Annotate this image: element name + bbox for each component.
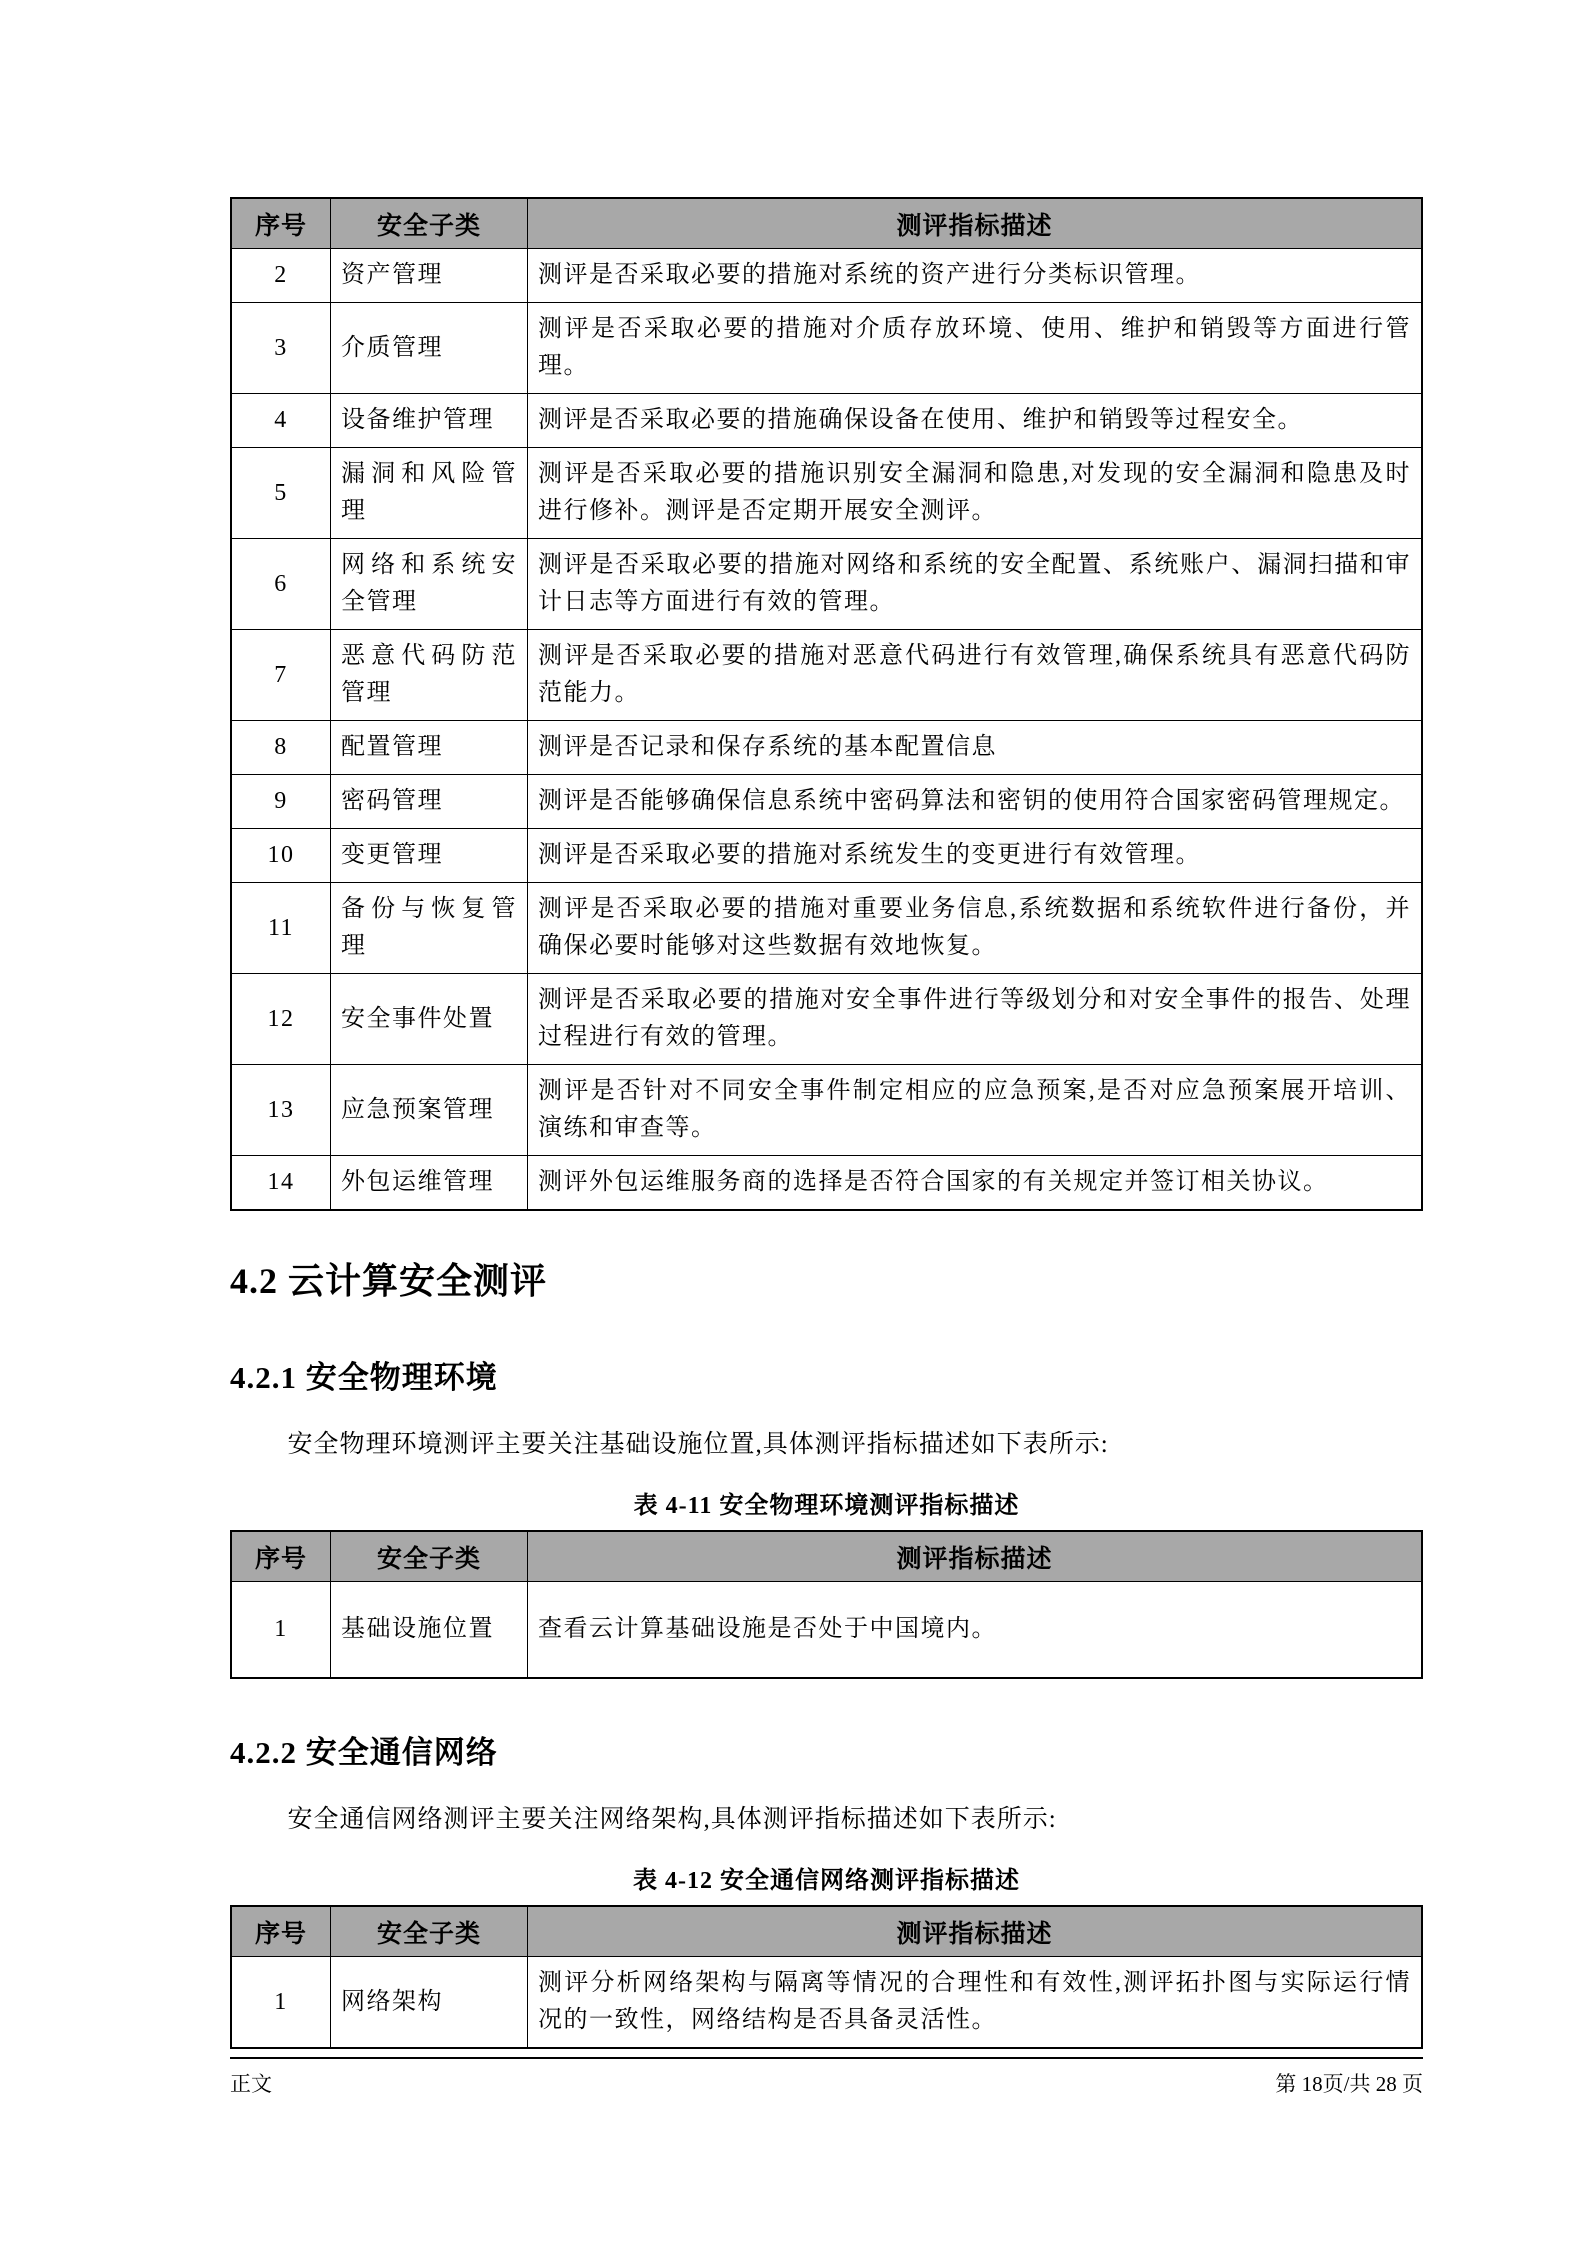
column-header-subclass: 安全子类	[331, 1531, 528, 1582]
table-row: 9密码管理测评是否能够确保信息系统中密码算法和密钥的使用符合国家密码管理规定。	[231, 775, 1422, 829]
indicator-description-cell: 测评是否记录和保存系统的基本配置信息	[528, 721, 1423, 775]
row-number: 5	[231, 448, 331, 539]
table-4-11-caption: 表 4-11 安全物理环境测评指标描述	[230, 1485, 1423, 1520]
table-row: 4设备维护管理测评是否采取必要的措施确保设备在使用、维护和销毁等过程安全。	[231, 394, 1422, 448]
indicator-description-cell: 测评是否能够确保信息系统中密码算法和密钥的使用符合国家密码管理规定。	[528, 775, 1423, 829]
table-row: 7恶意代码防范管理测评是否采取必要的措施对恶意代码进行有效管理,确保系统具有恶意…	[231, 630, 1422, 721]
indicator-description-cell: 测评是否采取必要的措施对系统的资产进行分类标识管理。	[528, 249, 1423, 303]
row-number: 10	[231, 829, 331, 883]
security-subclass-cell: 设备维护管理	[331, 394, 528, 448]
row-number: 7	[231, 630, 331, 721]
row-number: 4	[231, 394, 331, 448]
security-subclass-cell: 资产管理	[331, 249, 528, 303]
row-number: 9	[231, 775, 331, 829]
row-number: 3	[231, 303, 331, 394]
management-eval-table: 序号 安全子类 测评指标描述 2资产管理测评是否采取必要的措施对系统的资产进行分…	[230, 197, 1423, 1211]
section-4-2-heading: 4.2 云计算安全测评	[230, 1253, 1423, 1304]
row-number: 6	[231, 539, 331, 630]
table-header-row: 序号 安全子类 测评指标描述	[231, 1906, 1422, 1957]
table-row: 6网络和系统安全管理测评是否采取必要的措施对网络和系统的安全配置、系统账户、漏洞…	[231, 539, 1422, 630]
indicator-description-cell: 测评是否采取必要的措施对重要业务信息,系统数据和系统软件进行备份，并确保必要时能…	[528, 883, 1423, 974]
security-subclass-cell: 配置管理	[331, 721, 528, 775]
table-header-row: 序号 安全子类 测评指标描述	[231, 1531, 1422, 1582]
table-row: 11备份与恢复管理测评是否采取必要的措施对重要业务信息,系统数据和系统软件进行备…	[231, 883, 1422, 974]
security-subclass-cell: 密码管理	[331, 775, 528, 829]
row-number: 1	[231, 1957, 331, 2049]
indicator-description-cell: 测评外包运维服务商的选择是否符合国家的有关规定并签订相关协议。	[528, 1156, 1423, 1211]
row-number: 13	[231, 1065, 331, 1156]
row-number: 2	[231, 249, 331, 303]
comm-network-paragraph: 安全通信网络测评主要关注网络架构,具体测评指标描述如下表所示:	[230, 1802, 1423, 1838]
comm-network-table: 序号 安全子类 测评指标描述 1网络架构测评分析网络架构与隔离等情况的合理性和有…	[230, 1905, 1423, 2049]
column-header-subclass: 安全子类	[331, 198, 528, 249]
column-header-description: 测评指标描述	[528, 1906, 1423, 1957]
column-header-no: 序号	[231, 1906, 331, 1957]
indicator-description-cell: 测评分析网络架构与隔离等情况的合理性和有效性,测评拓扑图与实际运行情况的一致性，…	[528, 1957, 1423, 2049]
column-header-description: 测评指标描述	[528, 1531, 1423, 1582]
indicator-description-cell: 测评是否采取必要的措施对介质存放环境、使用、维护和销毁等方面进行管理。	[528, 303, 1423, 394]
physical-env-table: 序号 安全子类 测评指标描述 1基础设施位置查看云计算基础设施是否处于中国境内。	[230, 1530, 1423, 1679]
table-row: 12安全事件处置测评是否采取必要的措施对安全事件进行等级划分和对安全事件的报告、…	[231, 974, 1422, 1065]
table-row: 1基础设施位置查看云计算基础设施是否处于中国境内。	[231, 1582, 1422, 1679]
table-header-row: 序号 安全子类 测评指标描述	[231, 198, 1422, 249]
table-row: 2资产管理测评是否采取必要的措施对系统的资产进行分类标识管理。	[231, 249, 1422, 303]
indicator-description-cell: 测评是否采取必要的措施对系统发生的变更进行有效管理。	[528, 829, 1423, 883]
physical-env-paragraph: 安全物理环境测评主要关注基础设施位置,具体测评指标描述如下表所示:	[230, 1427, 1423, 1463]
security-subclass-cell: 外包运维管理	[331, 1156, 528, 1211]
column-header-subclass: 安全子类	[331, 1906, 528, 1957]
indicator-description-cell: 测评是否采取必要的措施对网络和系统的安全配置、系统账户、漏洞扫描和审计日志等方面…	[528, 539, 1423, 630]
column-header-no: 序号	[231, 1531, 331, 1582]
footer-page-number: 第 18页/共 28 页	[1275, 2068, 1423, 2098]
table-row: 14外包运维管理测评外包运维服务商的选择是否符合国家的有关规定并签订相关协议。	[231, 1156, 1422, 1211]
security-subclass-cell: 变更管理	[331, 829, 528, 883]
row-number: 14	[231, 1156, 331, 1211]
security-subclass-cell: 网络架构	[331, 1957, 528, 2049]
indicator-description-cell: 测评是否采取必要的措施对安全事件进行等级划分和对安全事件的报告、处理过程进行有效…	[528, 974, 1423, 1065]
security-subclass-cell: 网络和系统安全管理	[331, 539, 528, 630]
security-subclass-cell: 备份与恢复管理	[331, 883, 528, 974]
table-row: 3介质管理测评是否采取必要的措施对介质存放环境、使用、维护和销毁等方面进行管理。	[231, 303, 1422, 394]
table-row: 13应急预案管理测评是否针对不同安全事件制定相应的应急预案,是否对应急预案展开培…	[231, 1065, 1422, 1156]
indicator-description-cell: 测评是否采取必要的措施确保设备在使用、维护和销毁等过程安全。	[528, 394, 1423, 448]
indicator-description-cell: 查看云计算基础设施是否处于中国境内。	[528, 1582, 1423, 1679]
security-subclass-cell: 恶意代码防范管理	[331, 630, 528, 721]
table-row: 10变更管理测评是否采取必要的措施对系统发生的变更进行有效管理。	[231, 829, 1422, 883]
table-row: 5漏洞和风险管理测评是否采取必要的措施识别安全漏洞和隐患,对发现的安全漏洞和隐患…	[231, 448, 1422, 539]
security-subclass-cell: 应急预案管理	[331, 1065, 528, 1156]
row-number: 11	[231, 883, 331, 974]
column-header-no: 序号	[231, 198, 331, 249]
security-subclass-cell: 漏洞和风险管理	[331, 448, 528, 539]
indicator-description-cell: 测评是否采取必要的措施识别安全漏洞和隐患,对发现的安全漏洞和隐患及时进行修补。测…	[528, 448, 1423, 539]
page-footer: 正文 第 18页/共 28 页	[230, 2057, 1423, 2098]
indicator-description-cell: 测评是否针对不同安全事件制定相应的应急预案,是否对应急预案展开培训、演练和审查等…	[528, 1065, 1423, 1156]
section-4-2-2-heading: 4.2.2 安全通信网络	[230, 1727, 1423, 1772]
column-header-description: 测评指标描述	[528, 198, 1423, 249]
footer-section-label: 正文	[230, 2068, 272, 2098]
section-4-2-1-heading: 4.2.1 安全物理环境	[230, 1352, 1423, 1397]
security-subclass-cell: 基础设施位置	[331, 1582, 528, 1679]
table-row: 8配置管理测评是否记录和保存系统的基本配置信息	[231, 721, 1422, 775]
table-row: 1网络架构测评分析网络架构与隔离等情况的合理性和有效性,测评拓扑图与实际运行情况…	[231, 1957, 1422, 2049]
document-page: 序号 安全子类 测评指标描述 2资产管理测评是否采取必要的措施对系统的资产进行分…	[0, 0, 1587, 2245]
row-number: 1	[231, 1582, 331, 1679]
page-content: 序号 安全子类 测评指标描述 2资产管理测评是否采取必要的措施对系统的资产进行分…	[230, 197, 1423, 2049]
row-number: 12	[231, 974, 331, 1065]
security-subclass-cell: 安全事件处置	[331, 974, 528, 1065]
row-number: 8	[231, 721, 331, 775]
security-subclass-cell: 介质管理	[331, 303, 528, 394]
indicator-description-cell: 测评是否采取必要的措施对恶意代码进行有效管理,确保系统具有恶意代码防范能力。	[528, 630, 1423, 721]
table-4-12-caption: 表 4-12 安全通信网络测评指标描述	[230, 1860, 1423, 1895]
